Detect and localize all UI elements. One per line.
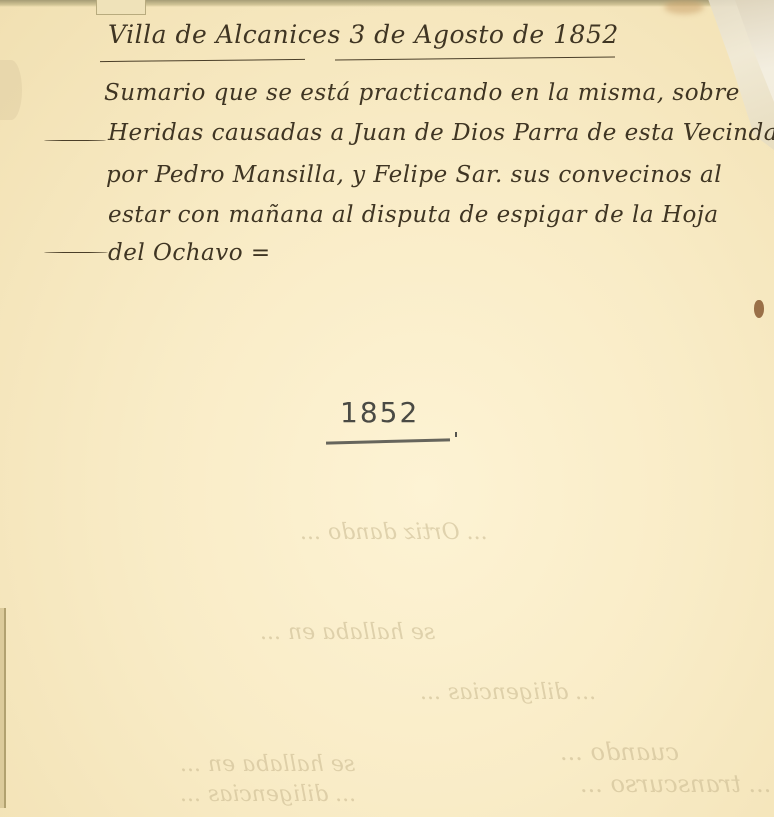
manuscript-page: cuando ... ... transcurso ... se hallaba… (0, 0, 774, 817)
ink-blot (754, 300, 764, 318)
bleed-through-text: cuando ... (560, 738, 679, 766)
page-notch (96, 0, 146, 15)
body-line: del Ochavo = (108, 240, 271, 266)
left-binding-edge (0, 608, 6, 808)
pencil-underline (326, 438, 450, 444)
heading-underline (100, 59, 305, 62)
margin-flourish (44, 140, 106, 141)
body-line: Heridas causadas a Juan de Dios Parra de… (108, 120, 774, 146)
corner-stain (664, 0, 704, 14)
document-heading: Villa de Alcanices 3 de Agosto de 1852 (108, 20, 619, 49)
bleed-through-text: se hallaba en ... (180, 752, 355, 777)
body-line: estar con mañana al disputa de espigar d… (108, 202, 719, 228)
bleed-through-text: ... transcurso ... (580, 770, 771, 798)
pencil-mark (455, 432, 457, 437)
heading-underline (335, 57, 615, 61)
bleed-through-text: se hallaba en ... (260, 620, 435, 645)
margin-flourish (44, 252, 108, 253)
left-edge-stain (0, 60, 22, 120)
body-line: por Pedro Mansilla, y Felipe Sar. sus co… (106, 162, 722, 188)
pencil-year-annotation: 1852 (340, 396, 419, 429)
bleed-through-text: ... Ortiz dando ... (300, 520, 488, 545)
bleed-through-text: ... diligencias ... (420, 680, 596, 705)
body-line: Sumario que se está practicando en la mi… (104, 80, 740, 106)
bleed-through-text: ... diligencias ... (180, 782, 356, 807)
